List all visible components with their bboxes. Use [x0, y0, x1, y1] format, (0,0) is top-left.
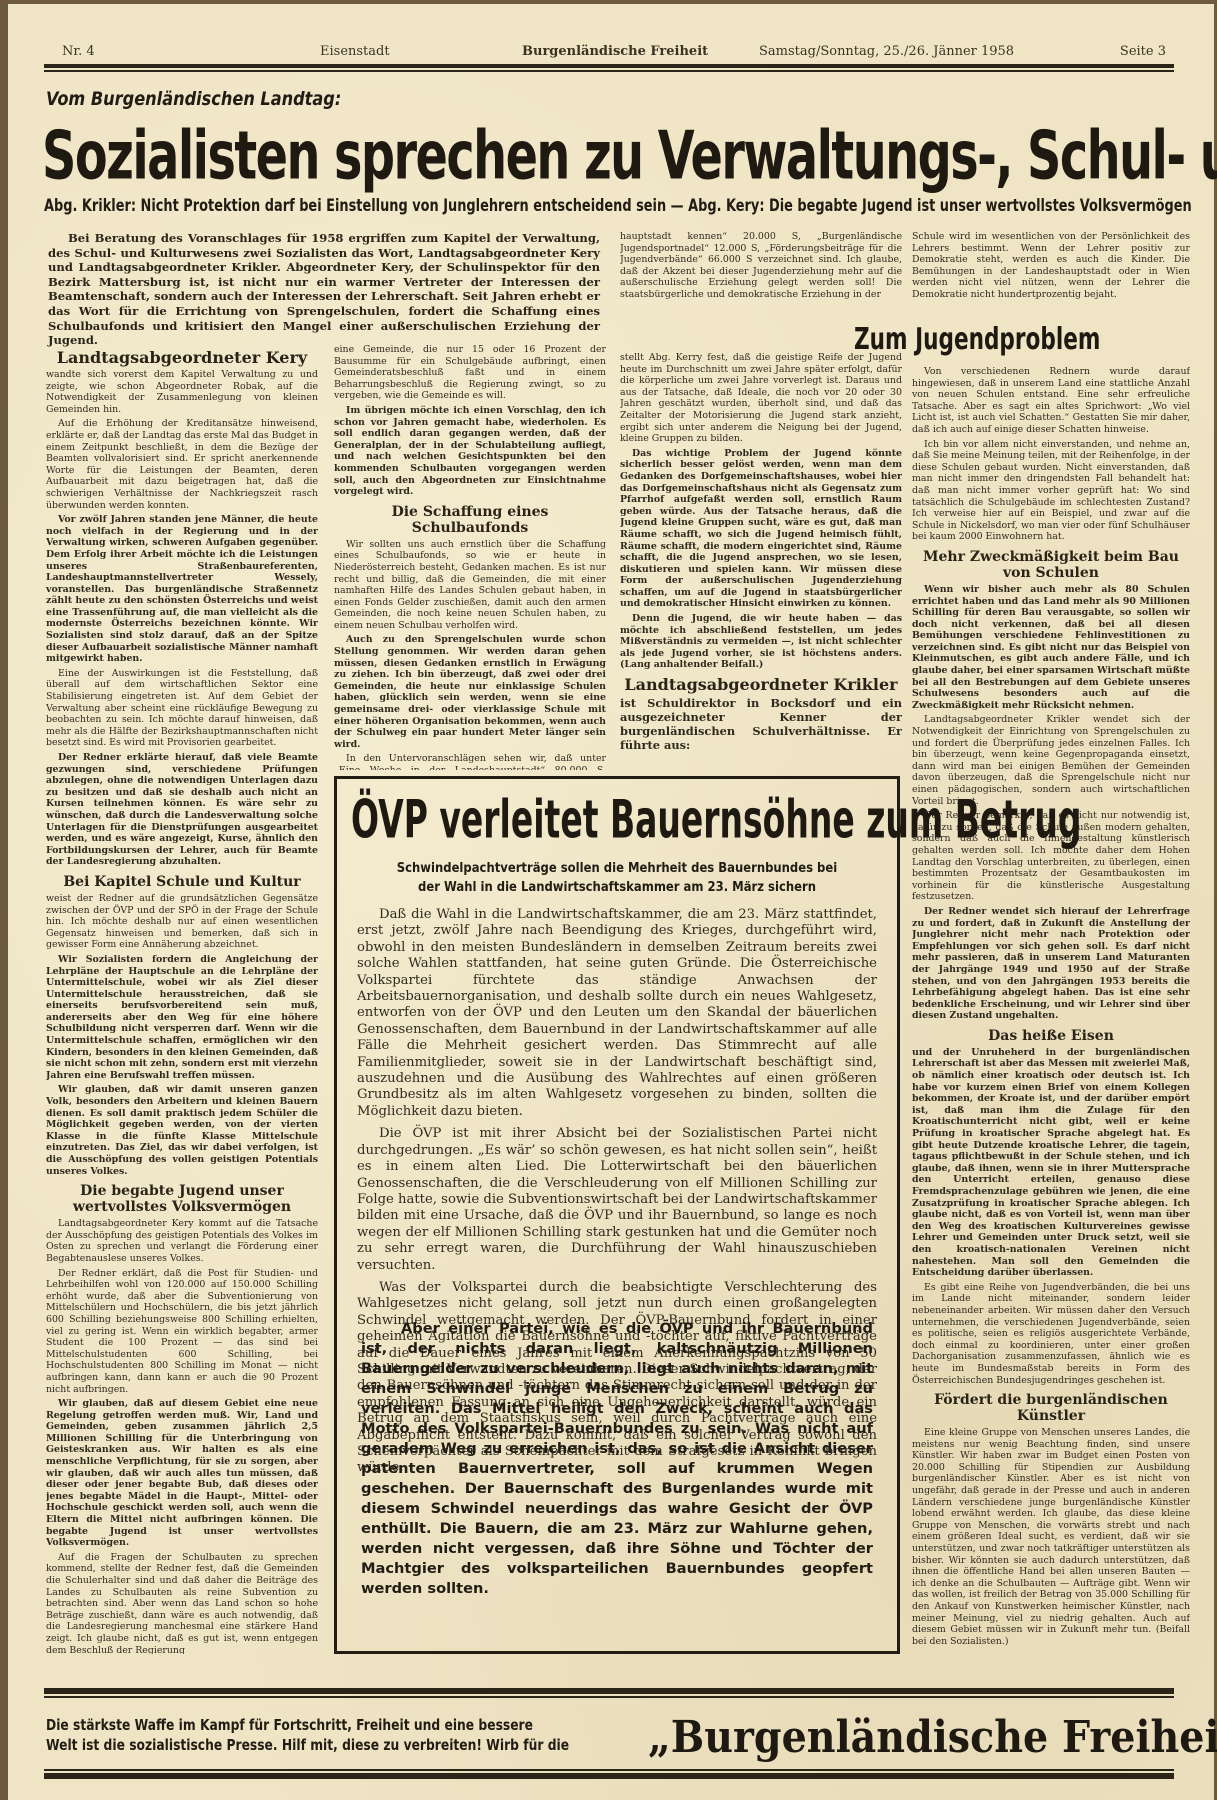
paragraph: Eine kleine Gruppe von Menschen unseres … [912, 1427, 1190, 1647]
boxed-article-conclusion: Aber einer Partei, wie es die ÖVP und ih… [361, 1319, 873, 1599]
promo-text: Die stärkste Waffe im Kampf für Fortschr… [46, 1715, 530, 1755]
column-3: stellt Abg. Kerry fest, daß die geistige… [620, 352, 902, 767]
article-headline: Sozialisten sprechen zu Verwaltungs-, Sc… [42, 116, 920, 195]
masthead-rule [44, 64, 1174, 72]
promo-line: Die stärkste Waffe im Kampf für Fortschr… [46, 1715, 530, 1735]
paragraph: Schule wird im wesentlichen von der Pers… [912, 231, 1190, 301]
paragraph: Auch zu den Sprengelschulen wurde schon … [334, 634, 606, 750]
section-heading: Fördert die burgenländischen Künstler [912, 1392, 1190, 1424]
issue-date: Samstag/Sonntag, 25./26. Jänner 1958 [759, 44, 1014, 59]
paragraph: Auf die Erhöhung der Kreditansätze hinwe… [46, 418, 318, 511]
paragraph: Landtagsabgeordneter Kery kommt auf die … [46, 1218, 318, 1264]
subtitle-line: der Wahl in die Landwirtschaftskammer am… [393, 878, 840, 897]
article-subhead: Abg. Krikler: Nicht Protektion darf bei … [44, 196, 918, 216]
paragraph: Die ÖVP ist mit ihrer Absicht bei der So… [357, 1126, 877, 1274]
paragraph: Eine der Auswirkungen ist die Feststellu… [46, 668, 318, 749]
paper-name: Burgenländische Freiheit [522, 44, 708, 59]
column-3-top: hauptstadt kennen“ 20.000 S, „Burgenländ… [620, 231, 902, 333]
article-lead: Bei Beratung des Voranschlages für 1958 … [48, 231, 600, 348]
newspaper-page: Nr. 4 Eisenstadt Burgenländische Freihei… [8, 4, 1214, 1800]
subtitle-line: Schwindelpachtverträge sollen die Mehrhe… [393, 859, 840, 878]
column-2: eine Gemeinde, die nur 15 oder 16 Prozen… [334, 344, 606, 770]
column-1: Landtagsabgeordneter Kery wandte sich vo… [46, 344, 318, 1654]
section-heading: Landtagsabgeordneter Krikler [620, 677, 902, 693]
article-kicker: Vom Burgenländischen Landtag: [46, 88, 341, 110]
section-heading: Mehr Zweckmäßigkeit beim Bau von Schulen [912, 549, 1190, 581]
paragraph: Der Redner erklärt, daß die Post für Stu… [46, 1268, 318, 1396]
section-heading: Bei Kapitel Schule und Kultur [46, 874, 318, 890]
paragraph: Wir Sozialisten fordern die Angleichung … [46, 954, 318, 1082]
paragraph: Im übrigen möchte ich einen Vorschlag, d… [334, 405, 606, 498]
masthead: Nr. 4 Eisenstadt Burgenländische Freihei… [52, 42, 1184, 62]
paragraph: Daß die Wahl in die Landwirtschaftskamme… [357, 907, 877, 1120]
paragraph: Denn die Jugend, die wir heute haben — d… [620, 613, 902, 671]
issue-number: Nr. 4 [62, 44, 95, 59]
paragraph: Von verschiedenen Rednern wurde darauf h… [912, 366, 1190, 436]
promo-line: Welt ist die sozialistische Presse. Hilf… [46, 1735, 530, 1755]
paragraph: wandte sich vorerst dem Kapitel Verwaltu… [46, 369, 318, 415]
paragraph: stellt Abg. Kerry fest, daß die geistige… [620, 352, 902, 445]
paragraph: Der Redner erklärte hierauf, daß viele B… [46, 752, 318, 868]
promo-rule-top [44, 1688, 1174, 1698]
promo-brand: „Burgenländische Freiheit“ [648, 1712, 1217, 1763]
paragraph: Wir sollten uns auch ernstlich über die … [334, 539, 606, 632]
paragraph: Wir glauben, daß auf diesem Gebiet eine … [46, 1398, 318, 1549]
paragraph: hauptstadt kennen“ 20.000 S, „Burgenländ… [620, 231, 902, 301]
page-number: Seite 3 [1120, 44, 1166, 59]
boxed-article-title: ÖVP verleitet Bauernsöhne zum Betrug [351, 789, 707, 850]
section-heading: Die Schaffung eines Schulbaufonds [334, 504, 606, 536]
section-heading: Das heiße Eisen [912, 1028, 1190, 1044]
paragraph: Auf die Fragen der Schulbauten zu sprech… [46, 1552, 318, 1654]
paragraph: Wir glauben, daß wir damit unseren ganze… [46, 1084, 318, 1177]
section-heading: Die begabte Jugend unser wertvollstes Vo… [46, 1183, 318, 1215]
paragraph: Wenn wir bisher auch mehr als 80 Schulen… [912, 584, 1190, 712]
paragraph: In den Untervoranschlägen sehen wir, daß… [334, 753, 606, 770]
city: Eisenstadt [320, 44, 390, 59]
column-4-top: Schule wird im wesentlichen von der Pers… [912, 231, 1190, 333]
paragraph: Es gibt eine Reihe von Jugendverbänden, … [912, 1282, 1190, 1386]
paragraph: Das wichtige Problem der Jugend könnte s… [620, 448, 902, 610]
paragraph: eine Gemeinde, die nur 15 oder 16 Prozen… [334, 344, 606, 402]
paragraph: ist Schuldirektor in Bocksdorf und ein a… [620, 696, 902, 752]
paragraph: und der Unruheherd in der burgenländisch… [912, 1047, 1190, 1279]
paragraph: Vor zwölf Jahren standen jene Männer, di… [46, 514, 318, 665]
paragraph: Der Redner wendet sich hierauf der Lehre… [912, 906, 1190, 1022]
column-4: Von verschiedenen Rednern wurde darauf h… [912, 366, 1190, 1666]
boxed-article: ÖVP verleitet Bauernsöhne zum Betrug Sch… [334, 776, 900, 1654]
paragraph: weist der Redner auf die grundsätzlichen… [46, 893, 318, 951]
promo-rule-bottom [44, 1769, 1174, 1779]
boxed-article-subtitle: Schwindelpachtverträge sollen die Mehrhe… [393, 859, 840, 897]
paragraph: Ich bin vor allem nicht einverstanden, u… [912, 439, 1190, 543]
section-heading: Landtagsabgeordneter Kery [46, 350, 318, 366]
